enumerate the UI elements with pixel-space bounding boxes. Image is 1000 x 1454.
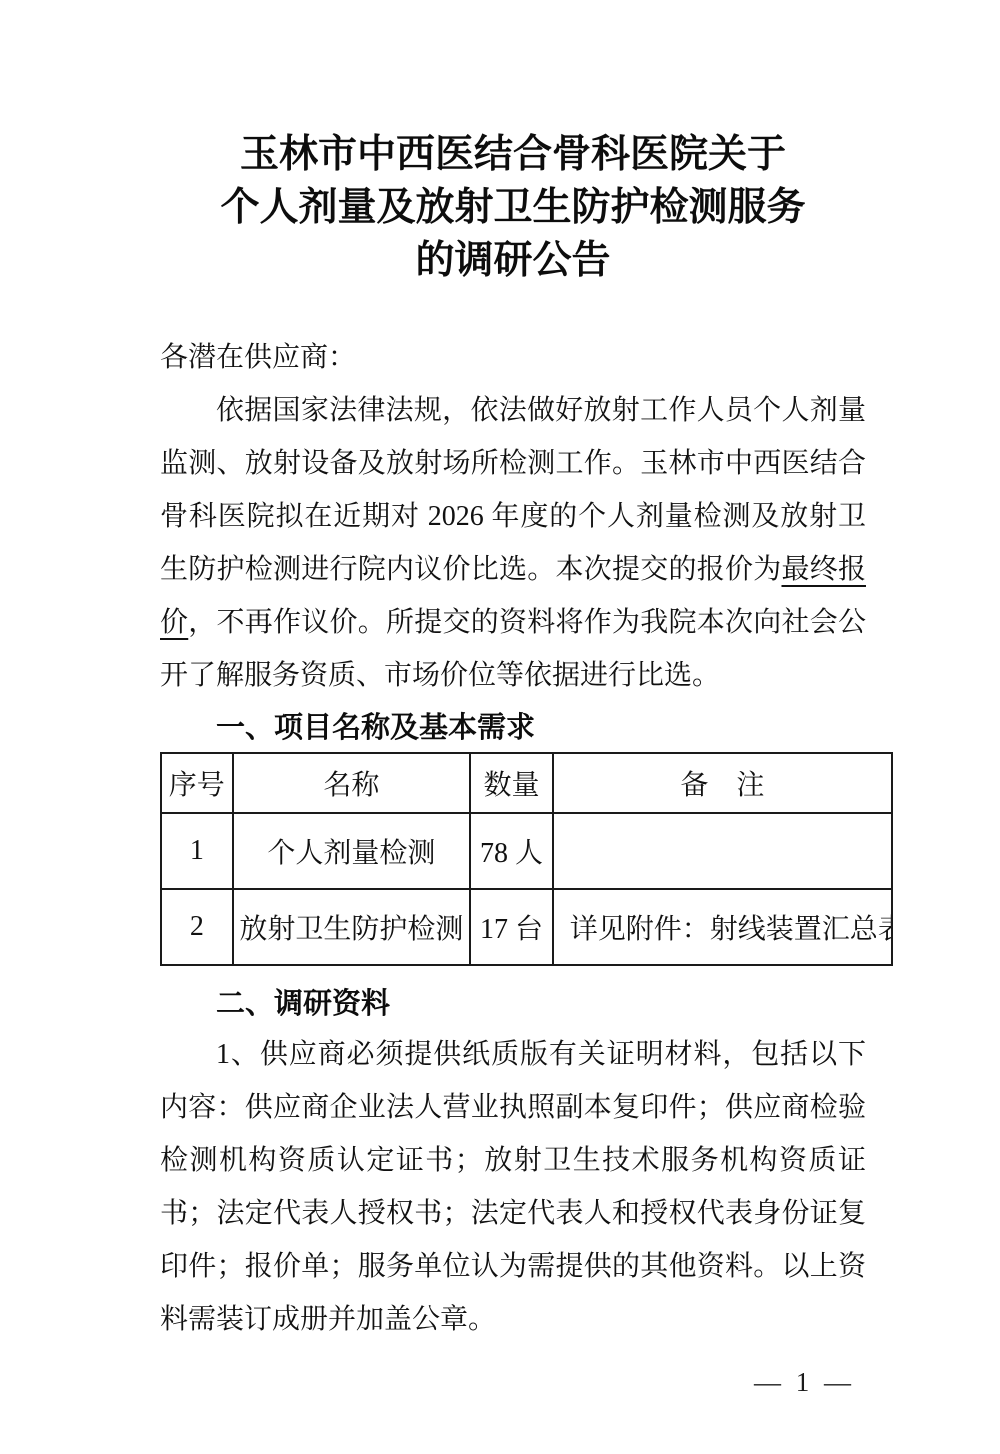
- column-header-name: 名称: [233, 753, 471, 813]
- title-line: 玉林市中西医结合骨科医院关于: [160, 128, 866, 181]
- column-header-no: 序号: [161, 753, 233, 813]
- cell-remark: 详见附件：射线装置汇总表: [553, 889, 892, 965]
- salutation: 各潜在供应商：: [160, 331, 866, 384]
- table-header-row: 序号 名称 数量 备 注: [161, 753, 892, 813]
- cell-name: 放射卫生防护检测: [233, 889, 471, 965]
- title-line: 的调研公告: [160, 234, 866, 287]
- column-header-remark: 备 注: [553, 753, 892, 813]
- intro-text-before: 依据国家法律法规，依法做好放射工作人员个人剂量监测、放射设备及放射场所检测工作。…: [160, 395, 866, 585]
- cell-name: 个人剂量检测: [233, 813, 471, 889]
- intro-paragraph: 依据国家法律法规，依法做好放射工作人员个人剂量监测、放射设备及放射场所检测工作。…: [160, 384, 866, 702]
- table-row: 2 放射卫生防护检测 17 台 详见附件：射线装置汇总表: [161, 889, 892, 965]
- document-content: 玉林市中西医结合骨科医院关于 个人剂量及放射卫生防护检测服务 的调研公告 各潜在…: [160, 0, 866, 1346]
- title-line: 个人剂量及放射卫生防护检测服务: [160, 181, 866, 234]
- section-1-heading: 一、项目名称及基本需求: [160, 704, 866, 750]
- cell-qty: 78 人: [470, 813, 553, 889]
- cell-remark: [553, 813, 892, 889]
- table-row: 1 个人剂量检测 78 人: [161, 813, 892, 889]
- materials-paragraph: 1、供应商必须提供纸质版有关证明材料，包括以下内容：供应商企业法人营业执照副本复…: [160, 1028, 866, 1346]
- section-2-heading: 二、调研资料: [160, 980, 866, 1026]
- column-header-qty: 数量: [470, 753, 553, 813]
- document-title: 玉林市中西医结合骨科医院关于 个人剂量及放射卫生防护检测服务 的调研公告: [160, 128, 866, 287]
- intro-text-after: ，不再作议价。所提交的资料将作为我院本次向社会公开了解服务资质、市场价位等依据进…: [160, 607, 866, 691]
- document-page: 玉林市中西医结合骨科医院关于 个人剂量及放射卫生防护检测服务 的调研公告 各潜在…: [0, 0, 1000, 1454]
- cell-qty: 17 台: [470, 889, 553, 965]
- requirements-table: 序号 名称 数量 备 注 1 个人剂量检测 78 人 2 放射卫生防护检测 17…: [160, 752, 893, 966]
- cell-no: 1: [161, 813, 233, 889]
- page-number: — 1 —: [754, 1367, 855, 1398]
- cell-no: 2: [161, 889, 233, 965]
